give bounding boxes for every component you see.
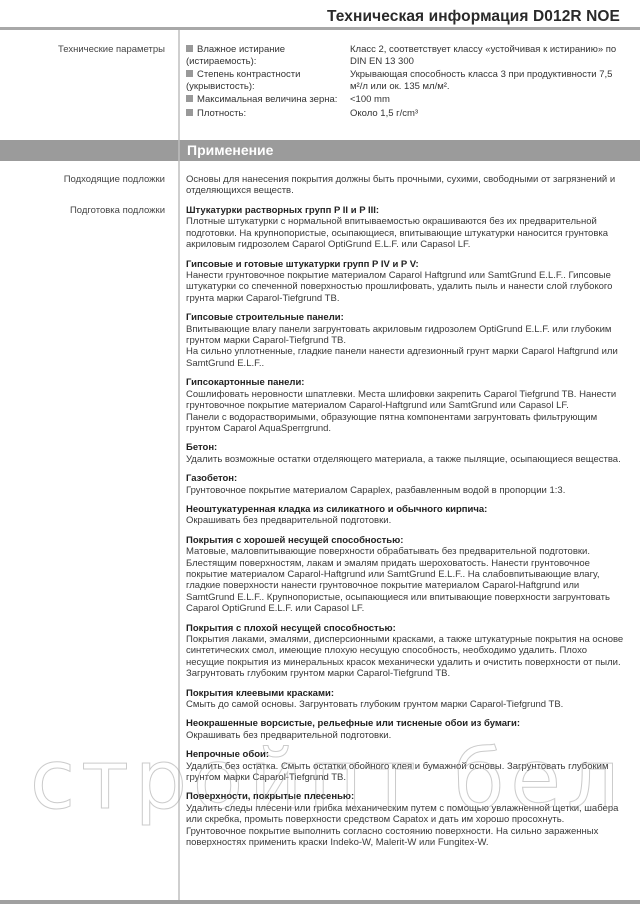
prep-block-text: Сошлифовать неровности шпатлевки. Места … [186,389,626,412]
prep-block: Гипсовые и готовые штукатурки групп P IV… [186,259,626,305]
prep-block-text: Панели с водорастворимыми, образующие пя… [186,412,626,435]
param-name: Максимальная величина зерна: [197,94,337,105]
prep-block-heading: Газобетон: [186,473,626,484]
prep-block: Покрытия клеевыми красками:Смыть до само… [186,688,626,711]
prep-block: Покрытия с плохой несущей способностью:П… [186,623,626,680]
square-bullet-icon [186,95,193,102]
prep-block: Штукатурки растворных групп P II и P III… [186,205,626,251]
prep-block: Гипсовые строительные панели:Впитывающие… [186,312,626,369]
param-row: Плотность: Около 1,5 г/cm³ [186,108,626,120]
param-row: Влажное истирание (истираемость): Класс … [186,44,626,67]
prep-block: Непрочные обои:Удалить без остатка. Смыт… [186,749,626,783]
document-title: Техническая информация D012R NOE [327,8,620,26]
param-name: Степень контрастности (укрывистость): [186,69,300,92]
column-divider [178,30,180,904]
param-name: Влажное истирание (истираемость): [186,44,285,67]
prep-block-text: Покрытия лаками, эмалями, дисперсионными… [186,634,626,680]
prep-block-heading: Гипсокартонные панели: [186,377,626,388]
prep-block: Бетон:Удалить возможные остатки отделяющ… [186,442,626,465]
prep-block: Неокрашенные ворсистые, рельефные или ти… [186,718,626,741]
prep-block-heading: Неокрашенные ворсистые, рельефные или ти… [186,718,626,729]
tech-params-label: Технические параметры [0,44,165,55]
prep-block-heading: Непрочные обои: [186,749,626,760]
square-bullet-icon [186,45,193,52]
param-row: Степень контрастности (укрывистость): Ук… [186,69,626,92]
prep-block: Неоштукатуренная кладка из силикатного и… [186,504,626,527]
suitable-substrates-label: Подходящие подложки [0,174,165,185]
param-row: Максимальная величина зерна: <100 mm [186,94,626,106]
prep-block-text: На сильно уплотненные, гладкие панели на… [186,346,626,369]
prep-block: Газобетон:Грунтовочное покрытие материал… [186,473,626,496]
section-title: Применение [187,142,273,158]
prep-block-text: Удалить следы плесени или грибка механич… [186,803,626,849]
prep-block-text: Впитывающие влагу панели загрунтовать ак… [186,324,626,347]
prep-block-heading: Гипсовые строительные панели: [186,312,626,323]
param-value: Укрывающая способность класса 3 при прод… [350,69,626,92]
prep-block: Поверхности, покрытые плесенью:Удалить с… [186,791,626,848]
prep-block-heading: Штукатурки растворных групп P II и P III… [186,205,626,216]
square-bullet-icon [186,109,193,116]
prep-block: Покрытия с хорошей несущей способностью:… [186,535,626,615]
prep-block-heading: Покрытия с хорошей несущей способностью: [186,535,626,546]
tech-params-list: Влажное истирание (истираемость): Класс … [186,44,626,121]
prep-block-text: Окрашивать без предварительной подготовк… [186,515,626,526]
substrate-prep-label: Подготовка подложки [0,205,165,216]
prep-block-text: Нанести грунтовочное покрытие материалом… [186,270,626,304]
prep-block-text: Смыть до самой основы. Загрунтовать глуб… [186,699,626,710]
prep-block-heading: Бетон: [186,442,626,453]
prep-block-heading: Покрытия с плохой несущей способностью: [186,623,626,634]
param-name: Плотность: [197,108,246,119]
header-rule [0,27,640,30]
prep-block-text: Плотные штукатурки с нормальной впитывае… [186,216,626,250]
param-value: Класс 2, соответствует классу «устойчива… [350,44,626,67]
prep-block: Гипсокартонные панели:Сошлифовать неровн… [186,377,626,434]
prep-block-text: Окрашивать без предварительной подготовк… [186,730,626,741]
prep-block-heading: Покрытия клеевыми красками: [186,688,626,699]
prep-block-text: Удалить без остатка. Смыть остатки обойн… [186,761,626,784]
square-bullet-icon [186,70,193,77]
prep-block-text: Грунтовочное покрытие материалом Capaple… [186,485,626,496]
prep-block-heading: Гипсовые и готовые штукатурки групп P IV… [186,259,626,270]
prep-block-heading: Поверхности, покрытые плесенью: [186,791,626,802]
param-value: Около 1,5 г/cm³ [350,108,626,120]
param-value: <100 mm [350,94,626,106]
suitable-substrates-text: Основы для нанесения покрытия должны быт… [186,174,626,197]
prep-block-text: Удалить возможные остатки отделяющего ма… [186,454,626,465]
substrate-prep-content: Штукатурки растворных групп P II и P III… [186,205,626,857]
footer-rule [0,900,640,904]
section-header-bar: Применение [0,140,640,161]
prep-block-text: Матовые, маловпитывающие поверхности обр… [186,546,626,614]
prep-block-heading: Неоштукатуренная кладка из силикатного и… [186,504,626,515]
